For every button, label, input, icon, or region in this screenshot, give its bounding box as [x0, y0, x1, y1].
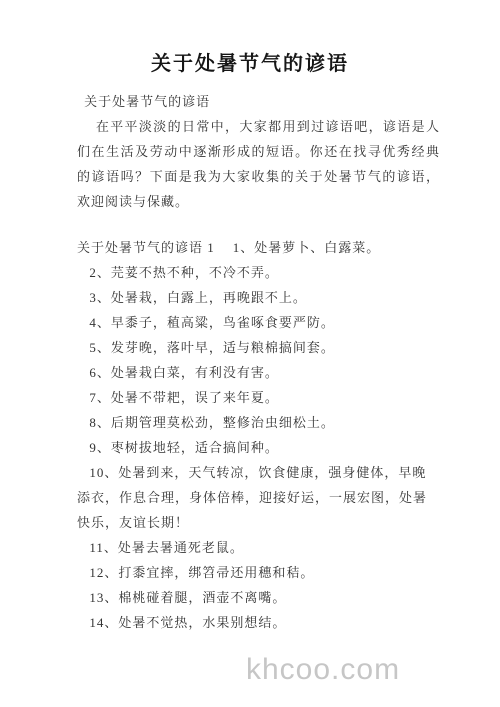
- document-title: 关于处暑节气的谚语: [0, 50, 500, 78]
- proverb-item-10: 10、处暑到来，天气转凉，饮食健康，强身健体，早晚添衣，作息合理，身体倍棒，迎接…: [77, 460, 440, 535]
- intro-paragraph: 在平平淡淡的日常中，大家都用到过谚语吧，谚语是人们在生活及劳动中逐渐形成的短语。…: [77, 114, 440, 214]
- proverb-item-9: 9、枣树拔地轻，适合搞间种。: [77, 435, 440, 460]
- proverb-item-13: 13、棉桃碰着腿，酒壶不离嘴。: [77, 585, 440, 610]
- proverb-item-11: 11、处暑去暑通死老鼠。: [77, 535, 440, 560]
- paragraph-gap: [77, 214, 440, 235]
- proverb-item-4: 4、早黍子，稙高粱，鸟雀啄食要严防。: [77, 310, 440, 335]
- document-body: 关于处暑节气的谚语 在平平淡淡的日常中，大家都用到过谚语吧，谚语是人们在生活及劳…: [77, 89, 440, 635]
- proverb-item-12: 12、打黍宜摔，绑笤帚还用穗和秸。: [77, 560, 440, 585]
- watermark-text: khcoo.com: [246, 652, 400, 688]
- proverb-item-1: 1、处暑萝卜、白露菜。: [233, 240, 381, 255]
- proverb-item-3: 3、处暑栽，白露上，再晚跟不上。: [77, 285, 440, 310]
- document-subtitle: 关于处暑节气的谚语: [77, 89, 440, 114]
- section-heading: 关于处暑节气的谚语 1: [77, 240, 215, 255]
- document-page: 关于处暑节气的谚语 关于处暑节气的谚语 在平平淡淡的日常中，大家都用到过谚语吧，…: [0, 0, 500, 707]
- proverb-item-8: 8、后期管理莫松劲，整修治虫细松土。: [77, 410, 440, 435]
- proverb-item-14: 14、处暑不觉热，水果别想结。: [77, 610, 440, 635]
- proverb-item-6: 6、处暑栽白菜，有利没有害。: [77, 360, 440, 385]
- section-line: 关于处暑节气的谚语 11、处暑萝卜、白露菜。: [77, 235, 440, 260]
- proverb-item-2: 2、芫荽不热不种，不冷不弄。: [77, 260, 440, 285]
- proverb-item-7: 7、处暑不带耙，误了来年夏。: [77, 385, 440, 410]
- proverb-item-5: 5、发芽晚，落叶早，适与粮棉搞间套。: [77, 335, 440, 360]
